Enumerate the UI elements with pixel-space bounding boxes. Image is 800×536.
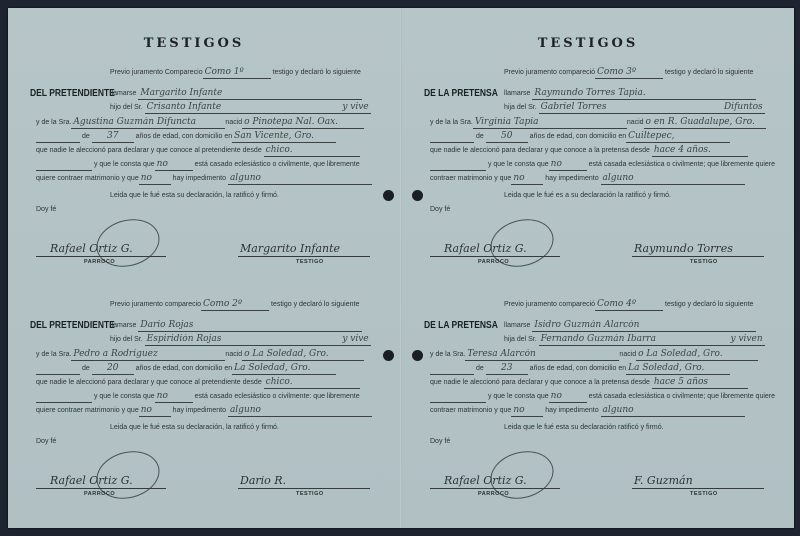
mother-name: Pedro a Rodriguez [71, 349, 225, 361]
parroco-signature: Rafael Ortiz G. [50, 242, 133, 255]
blank [36, 363, 80, 375]
birthplace: o Pinotepa Nal. Oax. [242, 117, 364, 129]
consta-prefix: y que le consta que [94, 161, 155, 168]
mother-line: y de la Sra.Teresa Alarcónnacido La Sole… [430, 349, 758, 361]
witness-number: Como 4º [595, 299, 663, 311]
father-line: hijo del Sr. Espiridión Rojasy vive [110, 334, 371, 346]
knows-line: que nadie le aleccionó para declarar y q… [430, 145, 748, 157]
mother-line: y de la Sra.Agustina Guzmán Difunctanaci… [36, 117, 364, 129]
born-label: nacid [225, 351, 242, 358]
mother-name: Agustina Guzmán Difuncta [71, 117, 225, 129]
knows-line: que nadie le aleccionó para declarar y q… [36, 145, 360, 157]
intro-line: Previo juramento comparecióComo 3º testi… [504, 67, 753, 79]
consta-value: no [155, 159, 193, 171]
blank [430, 391, 486, 403]
consta-line: y que le consta queno está casada eclesi… [430, 391, 775, 403]
parroco-label: PARROCO [478, 491, 509, 497]
birthplace: o La Soledad, Gro. [636, 349, 758, 361]
father-name: Fernando Guzmán Ibarra [539, 334, 663, 346]
intro-line: Previo juramento comparecioComo 2º testi… [110, 299, 359, 311]
father-label: hija del Sr. [504, 336, 537, 343]
mother-name: Virginia Tapia [473, 117, 627, 129]
father-name: Crisanto Infante [145, 102, 269, 114]
parroco-label: PARROCO [478, 259, 509, 265]
mother-label: y de la Sra. [36, 351, 71, 358]
impediment-line: contraer matrimonio y queno hay impedime… [430, 405, 745, 417]
consta-prefix: y que le consta que [488, 393, 549, 400]
impediment-prefix: contraer matrimonio y que [430, 175, 511, 182]
party-label: DEL PRETENDIENTE [30, 88, 115, 99]
father-name: Espiridión Rojas [145, 334, 269, 346]
parroco-signature: Rafael Ortiz G. [50, 474, 133, 487]
testigo-signature-line [238, 256, 370, 257]
name-line: llamarse Dario Rojas [110, 320, 362, 332]
witness-name: Isidro Guzmán Alarcón [532, 320, 756, 332]
domicile: San Vicente, Gro. [232, 131, 336, 143]
consta-value: no [549, 159, 587, 171]
party-label: DEL PRETENDIENTE [30, 320, 115, 331]
consta-prefix: y que le consta que [488, 161, 549, 168]
age-value: 50 [486, 131, 528, 143]
name-label: llamarse [504, 90, 530, 97]
impediment-line: contraer matrimonio y queno hay impedime… [430, 173, 745, 185]
blank [430, 363, 474, 375]
consta-line: y que le consta queno está casado eclesi… [36, 391, 360, 403]
witness-number: Como 2º [201, 299, 269, 311]
father-label: hijo del Sr. [110, 104, 143, 111]
intro-suffix: testigo y declaró lo siguiente [273, 69, 361, 76]
birthplace: o en R. Guadalupe, Gro. [644, 117, 766, 129]
intro-suffix: testigo y declaró lo siguiente [665, 301, 753, 308]
impediment-value: no [511, 173, 543, 185]
testigo-signature-line [632, 256, 764, 257]
father-name: Gabriel Torres [539, 102, 663, 114]
domicile: La Soledad, Gro. [232, 363, 336, 375]
age-line: de 23 años de edad, con domicilio enLa S… [430, 363, 730, 375]
parroco-signature-line [36, 256, 166, 257]
witness-name: Margarito Infante [138, 88, 362, 100]
parroco-signature-line [430, 488, 560, 489]
age-label: años de edad, con domicilio en [136, 133, 233, 140]
consta-suffix: está casada eclesiástica o civilmente; q… [589, 393, 775, 400]
impediment-label: hay impedimento [173, 407, 226, 414]
consta-suffix: está casada eclesiástica o civilmente; q… [589, 161, 775, 168]
page-title: TESTIGOS [392, 36, 784, 51]
consta-suffix: está casado eclesiástico o civilmente, q… [195, 161, 360, 168]
knows-label: que nadie le aleccionó para declarar y q… [36, 147, 262, 154]
consta-value: no [155, 391, 193, 403]
father-status: y vive [269, 102, 371, 114]
birthplace: o La Soledad, Gro. [242, 349, 364, 361]
mother-line: y de la Sra.Pedro a Rodrigueznacido La S… [36, 349, 364, 361]
mother-name: Teresa Alarcón [465, 349, 619, 361]
intro-line: Previo juramento ComparecioComo 1º testi… [110, 67, 361, 79]
name-label: llamarse [110, 90, 136, 97]
mother-label: y de la la Sra. [430, 119, 473, 126]
age-line: de 20 años de edad, con domicilio enLa S… [36, 363, 336, 375]
impediment-label: hay impedimento [545, 175, 598, 182]
impediment-prefix: quiere contraer matrimonio y que [36, 407, 139, 414]
knows-label: que nadie le aleccionó para declarar y q… [430, 379, 650, 386]
blank [36, 159, 92, 171]
testigo-signature-line [238, 488, 370, 489]
blank [36, 131, 80, 143]
de-label: de [82, 365, 90, 372]
de-label: de [476, 133, 484, 140]
impediment-value: no [139, 173, 171, 185]
doy-fe: Doy fé [36, 204, 56, 216]
name-label: llamarse [110, 322, 136, 329]
read-statement: Leida que le fué es a su declaración la … [504, 190, 671, 202]
testigo-signature-line [632, 488, 764, 489]
de-label: de [476, 365, 484, 372]
testigo-signature: F. Guzmán [634, 474, 693, 487]
blank [430, 159, 486, 171]
intro-suffix: testigo y declaró lo siguiente [271, 301, 359, 308]
de-label: de [82, 133, 90, 140]
knows-line: que nadie le aleccionó para declarar y q… [36, 377, 360, 389]
testigo-signature: Dario R. [240, 474, 286, 487]
father-status: y viven [663, 334, 765, 346]
intro-prefix: Previo juramento comparecio [110, 301, 201, 308]
intro-suffix: testigo y declaró lo siguiente [665, 69, 753, 76]
read-statement: Leida que le fué esta su declaración, la… [110, 190, 279, 202]
impediment-label: hay impedimento [173, 175, 226, 182]
impediment-prefix: quiere contraer matrimonio y que [36, 175, 139, 182]
testigo-signature: Raymundo Torres [634, 242, 733, 255]
consta-suffix: está casado eclesiástico o civilmente: q… [195, 393, 360, 400]
testigo-signature: Margarito Infante [240, 242, 340, 255]
mother-label: y de la Sra. [36, 119, 71, 126]
impediment-prefix: contraer matrimonio y que [430, 407, 511, 414]
party-label: DE LA PRETENSA [424, 88, 498, 99]
consta-line: y que le consta queno está casada eclesi… [430, 159, 775, 171]
doy-fe: Doy fé [430, 204, 450, 216]
parroco-signature-line [36, 488, 166, 489]
intro-line: Previo juramento comparecióComo 4º testi… [504, 299, 753, 311]
born-label: nacid [619, 351, 636, 358]
testigo-label: TESTIGO [296, 259, 324, 265]
age-value: 23 [486, 363, 528, 375]
domicile: Cuiltepec, [626, 131, 730, 143]
blank [430, 131, 474, 143]
read-statement: Leida que le fué esta su declaración rat… [504, 422, 664, 434]
knows-since: chico. [264, 377, 360, 389]
mother-label: y de la Sra. [430, 351, 465, 358]
impediment-detail: alguno [228, 173, 372, 185]
witness-name: Raymundo Torres Tapia. [532, 88, 756, 100]
parroco-label: PARROCO [84, 491, 115, 497]
witness-number: Como 1º [203, 67, 271, 79]
age-label: años de edad, con domicilio en [136, 365, 233, 372]
age-line: de 37 años de edad, con domicilio enSan … [36, 131, 336, 143]
left-page: TESTIGOS DEL PRETENDIENTE Previo juramen… [8, 8, 400, 528]
parroco-signature: Rafael Ortiz G. [444, 474, 527, 487]
domicile: La Soledad, Gro. [626, 363, 730, 375]
knows-label: que nadie le aleccionó para declarar y q… [430, 147, 650, 154]
age-line: de 50 años de edad, con domicilio enCuil… [430, 131, 730, 143]
name-line: llamarse Raymundo Torres Tapia. [504, 88, 756, 100]
page-title: TESTIGOS [0, 36, 390, 51]
father-status: y vive [269, 334, 371, 346]
born-label: nacid [627, 119, 644, 126]
knows-since: hace 4 años. [652, 145, 748, 157]
intro-prefix: Previo juramento compareció [504, 301, 595, 308]
impediment-line: quiere contraer matrimonio y queno hay i… [36, 173, 372, 185]
testigo-label: TESTIGO [690, 259, 718, 265]
impediment-value: no [511, 405, 543, 417]
right-page: TESTIGOS DE LA PRETENSA Previo juramento… [402, 8, 794, 528]
impediment-label: hay impedimento [545, 407, 598, 414]
born-label: nacid [225, 119, 242, 126]
impediment-line: quiere contraer matrimonio y queno hay i… [36, 405, 372, 417]
father-line: hija del Sr. Gabriel TorresDifuntos [504, 102, 765, 114]
knows-line: que nadie le aleccionó para declarar y q… [430, 377, 748, 389]
age-label: años de edad, con domicilio en [530, 133, 627, 140]
witness-name: Dario Rojas [138, 320, 362, 332]
consta-line: y que le consta queno está casado eclesi… [36, 159, 360, 171]
father-status: Difuntos [663, 102, 765, 114]
father-label: hijo del Sr. [110, 336, 143, 343]
father-line: hijo del Sr. Crisanto Infantey vive [110, 102, 371, 114]
father-line: hija del Sr. Fernando Guzmán Ibarray viv… [504, 334, 765, 346]
testigo-label: TESTIGO [690, 491, 718, 497]
impediment-value: no [139, 405, 171, 417]
name-line: llamarse Margarito Infante [110, 88, 362, 100]
read-statement: Leida que le fué esta su declaración, la… [110, 422, 279, 434]
age-label: años de edad, con domicilio en [530, 365, 627, 372]
intro-prefix: Previo juramento Comparecio [110, 69, 203, 76]
age-value: 20 [92, 363, 134, 375]
impediment-detail: alguno [601, 405, 745, 417]
impediment-detail: alguno [228, 405, 372, 417]
name-label: llamarse [504, 322, 530, 329]
knows-label: que nadie le aleccionó para declarar y q… [36, 379, 262, 386]
impediment-detail: alguno [601, 173, 745, 185]
doy-fe: Doy fé [430, 436, 450, 448]
witness-number: Como 3º [595, 67, 663, 79]
name-line: llamarse Isidro Guzmán Alarcón [504, 320, 756, 332]
mother-line: y de la la Sra.Virginia Tapianacido en R… [430, 117, 766, 129]
intro-prefix: Previo juramento compareció [504, 69, 595, 76]
document-sheet: TESTIGOS DEL PRETENDIENTE Previo juramen… [8, 8, 794, 528]
parroco-signature: Rafael Ortiz G. [444, 242, 527, 255]
consta-value: no [549, 391, 587, 403]
age-value: 37 [92, 131, 134, 143]
doy-fe: Doy fé [36, 436, 56, 448]
father-label: hija del Sr. [504, 104, 537, 111]
party-label: DE LA PRETENSA [424, 320, 498, 331]
blank [36, 391, 92, 403]
parroco-label: PARROCO [84, 259, 115, 265]
consta-prefix: y que le consta que [94, 393, 155, 400]
knows-since: hace 5 años [652, 377, 748, 389]
knows-since: chico. [264, 145, 360, 157]
testigo-label: TESTIGO [296, 491, 324, 497]
parroco-signature-line [430, 256, 560, 257]
